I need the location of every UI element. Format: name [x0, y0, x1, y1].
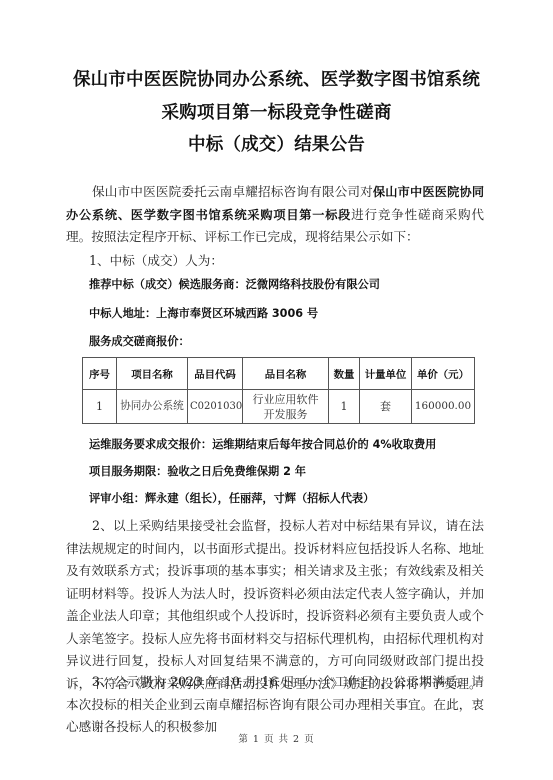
table-row: 1 协同办公系统 C02010302 行业应用软件开发服务 1 套 160000… [83, 390, 475, 424]
cell-project-name: 协同办公系统 [117, 390, 188, 424]
cell-item-name: 行业应用软件开发服务 [243, 390, 329, 424]
award-table: 序号 项目名称 品目代码 品目名称 数量 计量单位 单价（元） 1 协同办公系统… [82, 357, 475, 424]
header-unit-price: 单价（元） [412, 358, 475, 390]
service-period: 项目服务期限：验收之日后免费维保期 2 年 [89, 463, 306, 479]
header-project-name: 项目名称 [117, 358, 188, 390]
cell-unit: 套 [360, 390, 412, 424]
intro-paragraph: 保山市中医医院委托云南卓耀招标咨询有限公司对保山市中医医院协同办公系统、医学数字… [66, 181, 484, 249]
title-line-2: 采购项目第一标段竞争性磋商 [0, 99, 553, 124]
cell-index: 1 [83, 390, 117, 424]
section1-heading: 1、中标（成交）人为： [89, 250, 223, 269]
header-item-name: 品目名称 [243, 358, 329, 390]
document-page: 保山市中医医院协同办公系统、医学数字图书馆系统 采购项目第一标段竞争性磋商 中标… [0, 0, 553, 780]
table-header-row: 序号 项目名称 品目代码 品目名称 数量 计量单位 单价（元） [83, 358, 475, 390]
section3-paragraph: 3、公示期为 2023 年 10 月 16 日（一个工作日），公示期满后，请本次… [66, 671, 484, 739]
winner-address: 中标人地址：上海市奉贤区环城西路 3006 号 [89, 305, 318, 321]
intro-prefix: 保山市中医医院委托云南卓耀招标咨询有限公司对 [92, 184, 373, 199]
review-panel: 评审小组：辉永建（组长），任丽萍，寸辉（招标人代表） [89, 490, 374, 506]
header-index: 序号 [83, 358, 117, 390]
section2-paragraph: 2、以上采购结果接受社会监督，投标人若对中标结果有异议，请在法律法规规定的时间内… [66, 515, 484, 695]
header-item-code: 品目代码 [188, 358, 243, 390]
maintenance-quote: 运维服务要求成交报价：运维期结束后每年按合同总价的 4%收取费用 [89, 436, 436, 452]
page-footer: 第 1 页 共 2 页 [0, 731, 553, 745]
cell-quantity: 1 [329, 390, 360, 424]
header-unit: 计量单位 [360, 358, 412, 390]
quote-label: 服务成交磋商报价： [89, 333, 190, 349]
title-line-1: 保山市中医医院协同办公系统、医学数字图书馆系统 [0, 66, 553, 91]
title-line-3: 中标（成交）结果公告 [0, 131, 553, 156]
recommended-supplier: 推荐中标（成交）候选服务商：泛微网络科技股份有限公司 [89, 276, 380, 292]
cell-unit-price: 160000.00 [412, 390, 475, 424]
cell-item-code: C02010302 [188, 390, 243, 424]
header-quantity: 数量 [329, 358, 360, 390]
